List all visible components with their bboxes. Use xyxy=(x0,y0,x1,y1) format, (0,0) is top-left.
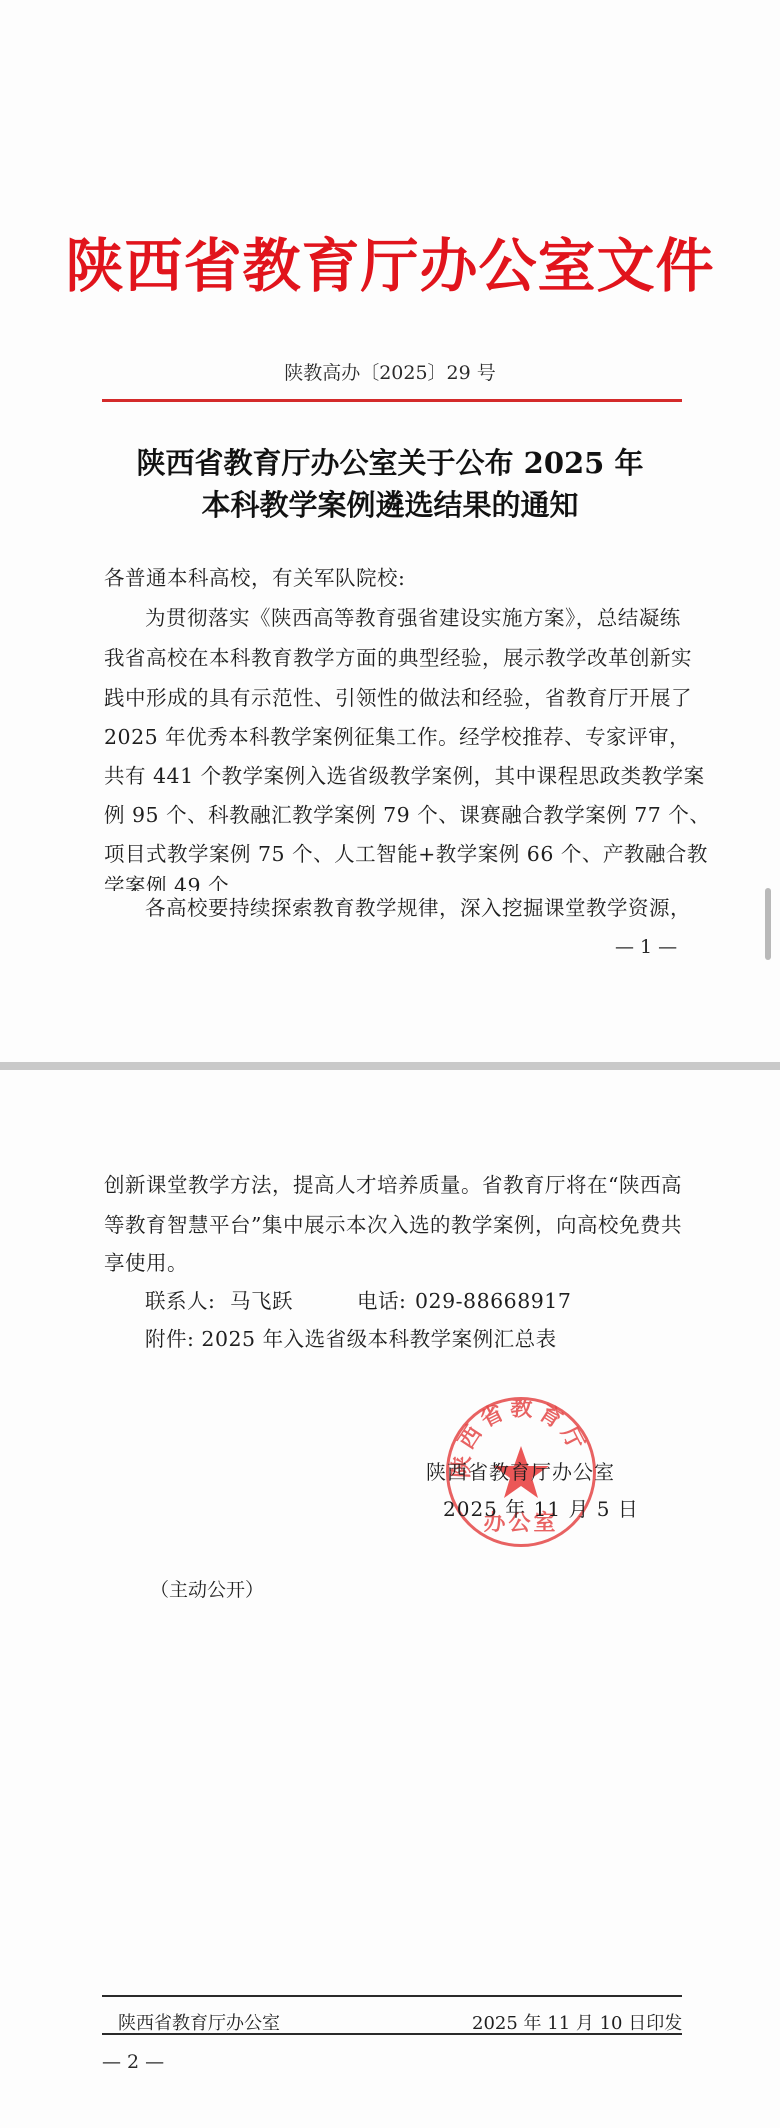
page-number-1: — 1 — xyxy=(615,935,677,959)
paragraph-2-first-line: 各高校要持续探索教育教学规律，深入挖掘课堂教学资源， xyxy=(145,893,691,923)
vertical-scrollbar-thumb[interactable] xyxy=(765,888,771,960)
paragraph-line: 等教育智慧平台”集中展示本次入选的教学案例，向高校免费共 xyxy=(104,1210,682,1240)
paragraph-line: 2025 年优秀本科教学案例征集工作。经学校推荐、专家评审， xyxy=(104,722,690,752)
notice-title-line-2: 本科教学案例遴选结果的通知 xyxy=(0,485,780,525)
paragraph-line: 为贯彻落实《陕西高等教育强省建设实施方案》，总结凝练 xyxy=(145,603,681,633)
signature-date: 2025 年 11 月 5 日 xyxy=(443,1495,639,1523)
contact-phone-label: 电话: xyxy=(357,1286,406,1316)
footer-top-rule xyxy=(102,1995,682,1997)
paragraph-line: 例 95 个、科教融汇教学案例 79 个、课赛融合教学案例 77 个、 xyxy=(104,800,710,830)
paragraph-line: 共有 441 个教学案例入选省级教学案例，其中课程思政类教学案 xyxy=(104,761,705,791)
notice-title-line-1: 陕西省教育厅办公室关于公布 2025 年 xyxy=(0,443,780,483)
contact-person-label: 联系人: xyxy=(145,1286,215,1316)
salutation: 各普通本科高校，有关军队院校: xyxy=(104,563,405,593)
contact-phone-number: 029-88668917 xyxy=(415,1286,571,1316)
signature-issuer: 陕西省教育厅办公室 xyxy=(426,1458,615,1486)
document-page-1: 陕西省教育厅办公室文件 陕教高办〔2025〕29 号 陕西省教育厅办公室关于公布… xyxy=(0,0,780,1062)
page-separator xyxy=(0,1062,780,1070)
document-page-2: 创新课堂教学方法，提高人才培养质量。省教育厅将在“陕西高 等教育智慧平台”集中展… xyxy=(0,1070,780,2128)
document-header-title: 陕西省教育厅办公室文件 xyxy=(0,228,780,304)
paragraph-line: 践中形成的具有示范性、引领性的做法和经验，省教育厅开展了 xyxy=(104,683,692,713)
disclosure-label: （主动公开） xyxy=(150,1578,264,1602)
paragraph-line-clipped: 学案例 49 个 xyxy=(104,871,229,891)
document-number: 陕教高办〔2025〕29 号 xyxy=(0,360,780,386)
footer-bottom-rule xyxy=(102,2033,682,2035)
page-number-2: — 2 — xyxy=(102,2050,164,2074)
paragraph-line: 创新课堂教学方法，提高人才培养质量。省教育厅将在“陕西高 xyxy=(104,1170,682,1200)
attachment-line: 附件: 2025 年入选省级本科教学案例汇总表 xyxy=(145,1324,557,1354)
red-header-divider xyxy=(102,399,682,402)
paragraph-line: 我省高校在本科教育教学方面的典型经验，展示教学改革创新实 xyxy=(104,643,692,673)
paragraph-line: 项目式教学案例 75 个、人工智能+教学案例 66 个、产教融合教 xyxy=(104,839,708,869)
paragraph-line: 享使用。 xyxy=(104,1248,188,1278)
contact-person-name: 马飞跃 xyxy=(230,1286,293,1316)
